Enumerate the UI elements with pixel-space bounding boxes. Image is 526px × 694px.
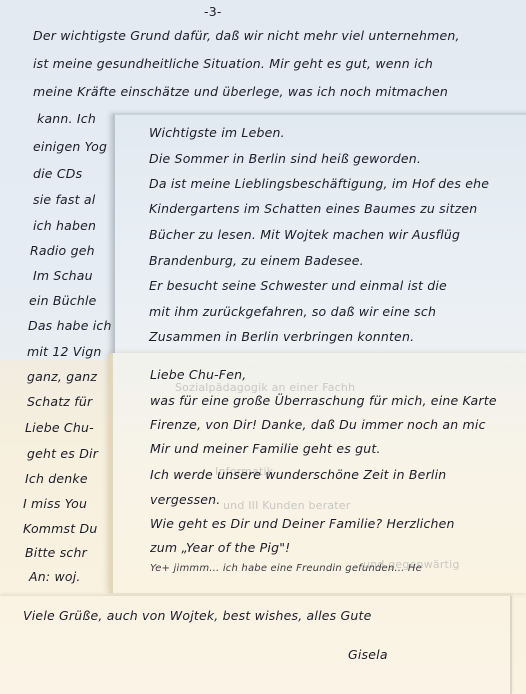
front-line: Er besucht seine Schwester und einmal is…: [149, 278, 447, 293]
card-line-partial: Ye+ jimmm... ich habe eine Freundin gefu…: [150, 563, 422, 574]
back-cut-line: mit 12 Vign: [27, 344, 101, 359]
front-line: Wichtigste im Leben.: [149, 125, 285, 140]
card-line: was für eine große Überraschung für mich…: [150, 393, 497, 408]
back-cut-line: sie fast al: [33, 192, 95, 207]
back-cut-line: ganz, ganz: [27, 369, 97, 384]
card-line: vergessen.: [150, 492, 220, 507]
back-cut-line: ich haben: [33, 218, 96, 233]
front-line: Brandenburg, zu einem Badesee.: [149, 253, 364, 268]
card-line: Firenze, von Dir! Danke, daß Du immer no…: [150, 417, 486, 432]
letter-page-overlay: Wichtigste im Leben. Die Sommer in Berli…: [113, 113, 526, 355]
back-cut-line: die CDs: [33, 166, 82, 181]
back-cut-line: Schatz für: [27, 394, 92, 409]
back-line-3: meine Kräfte einschätze und überlege, wa…: [33, 84, 448, 99]
back-cut-line: I miss You: [23, 496, 87, 511]
front-line: Die Sommer in Berlin sind heiß geworden.: [149, 151, 421, 166]
back-cut-line: Bitte schr: [25, 545, 87, 560]
front-line: Zusammen in Berlin verbringen konnten.: [149, 329, 414, 344]
back-cut-line: geht es Dir: [27, 446, 98, 461]
card-line: Mir und meiner Familie geht es gut.: [150, 441, 381, 456]
front-line: Bücher zu lesen. Mit Wojtek machen wir A…: [149, 227, 460, 242]
back-cut-line: An: woj.: [29, 569, 81, 584]
closing-line: Viele Grüße, auch von Wojtek, best wishe…: [23, 608, 372, 623]
back-cut-line: ein Büchle: [29, 293, 97, 308]
back-cut-line: Radio geh: [30, 243, 95, 258]
back-cut-line: Liebe Chu-: [25, 420, 94, 435]
front-line: Kindergartens im Schatten eines Baumes z…: [149, 201, 477, 216]
back-line-1: Der wichtigste Grund dafür, daß wir nich…: [33, 28, 460, 43]
front-line: Da ist meine Lieblingsbeschäftigung, im …: [149, 176, 489, 191]
page-number: -3-: [204, 4, 222, 19]
signature: Gisela: [348, 647, 388, 662]
card-line: Wie geht es Dir und Deiner Familie? Herz…: [150, 516, 455, 531]
back-cut-line: einigen Yog: [33, 139, 107, 154]
card-salutation: Liebe Chu-Fen,: [150, 367, 246, 382]
closing-sheet: Viele Grüße, auch von Wojtek, best wishe…: [0, 596, 512, 694]
back-cut-line: Im Schau: [33, 268, 93, 283]
back-cut-line: Ich denke: [25, 471, 88, 486]
back-cut-line: Das habe ich: [28, 318, 112, 333]
back-line-2: ist meine gesundheitliche Situation. Mir…: [33, 56, 433, 71]
greeting-card-letter: Sozialpädagogik an einer Fachh Informati…: [110, 353, 526, 593]
show-through-text: und III Kunden berater: [223, 499, 351, 512]
card-line: Ich werde unsere wunderschöne Zeit in Be…: [150, 467, 446, 482]
front-line: mit ihm zurückgefahren, so daß wir eine …: [149, 304, 436, 319]
back-cut-line: Kommst Du: [23, 521, 98, 536]
card-line: zum „Year of the Pig"!: [150, 540, 290, 555]
back-cut-line: kann. Ich: [37, 111, 96, 126]
